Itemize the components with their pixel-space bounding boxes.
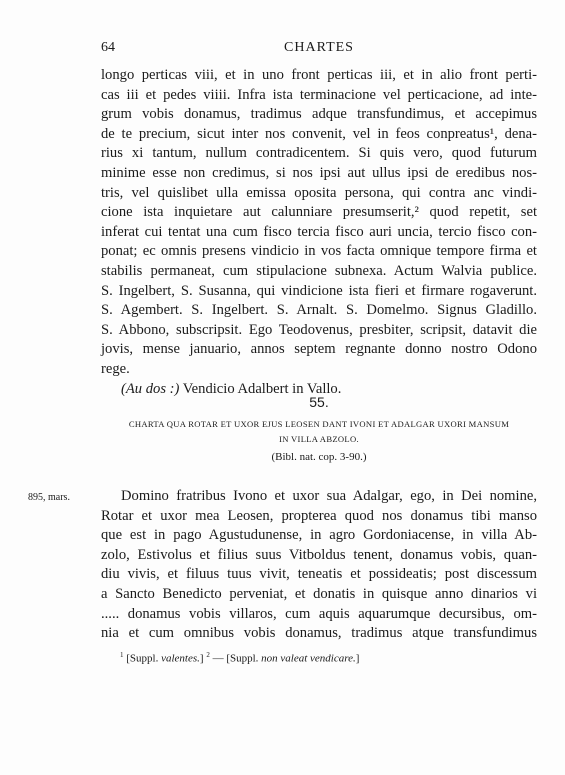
text-line: rius xi tantum, nullum contradicentem. S… [101, 144, 537, 164]
text-line: minime esse non credimus, si nos ipsi au… [101, 164, 537, 184]
text-line: grum vobis donamus, tradimus adque trans… [101, 105, 537, 125]
text-line: longo perticas viii, et in uno front per… [101, 66, 537, 86]
text-line: ponat; ec omnis presens vindicio in vos … [101, 242, 537, 262]
footnote-1-italic: valentes. [161, 653, 200, 665]
charter-55-body: Domino fratribus Ivono et uxor sua Adalg… [101, 487, 537, 644]
text-line: Rotar et uxor mea Leosen, propterea quod… [101, 507, 537, 527]
text-line: ..... donamus vobis villaros, cum aquis … [101, 605, 537, 625]
text-line: S. Abbono, subscripsit. Ego Teodovenus, … [101, 321, 537, 341]
footnote-1-prefix: [Suppl. [124, 653, 162, 665]
charter-caption-line-1: CHARTA QUA ROTAR ET UXOR EJUS LEOSEN DAN… [101, 419, 537, 429]
charter-source: (Bibl. nat. cop. 3-90.) [101, 451, 537, 463]
text-line: rege. [101, 360, 537, 380]
running-title: CHARTES [101, 40, 537, 56]
text-line: jovis, mense januario, annos septem regn… [101, 340, 537, 360]
text-line: cione ista inquietare aut calunniare pre… [101, 203, 537, 223]
text-line: Domino fratribus Ivono et uxor sua Adalg… [101, 487, 537, 507]
charter-caption-line-2: IN VILLA ABZOLO. [101, 434, 537, 444]
text-line: S. Ingelbert, S. Susanna, qui vindicione… [101, 282, 537, 302]
charter-number: 55. [101, 394, 537, 410]
text-line: diu vivis, et filuus tuus vivit, teneati… [101, 565, 537, 585]
text-line: nia et cum omnibus vobis donamus, tradim… [101, 624, 537, 644]
text-line: a Sancto Benedicto perveniat, et donatis… [101, 585, 537, 605]
footnotes: 1 [Suppl. valentes.] 2 — [Suppl. non val… [120, 651, 359, 665]
footnote-2-prefix: — [Suppl. [210, 653, 261, 665]
margin-date: 895, mars. [28, 492, 70, 503]
footnote-2-suffix: ] [356, 653, 360, 665]
text-line: S. Agembert. S. Ingelbert. S. Arnalt. S.… [101, 301, 537, 321]
footnote-2-italic: non valeat vendicare. [261, 653, 356, 665]
text-line: de te precium, sicut inter nos convenit,… [101, 125, 537, 145]
text-line: tris, vel quislibet ulla emissa oposita … [101, 184, 537, 204]
text-line: zolo, Estivolus et filius suus Vitboldus… [101, 546, 537, 566]
text-line: stabilis permaneat, cum stipulacione sub… [101, 262, 537, 282]
text-line: inferat cui tentat una cum fisco tercia … [101, 223, 537, 243]
running-header: 64 CHARTES [101, 40, 537, 60]
charter-54-continuation: longo perticas viii, et in uno front per… [101, 66, 537, 399]
text-line: que est in pago Agustudunense, in agro G… [101, 526, 537, 546]
document-page: 64 CHARTES longo perticas viii, et in un… [0, 0, 565, 775]
text-line: cas iii et pedes viiii. Infra ista termi… [101, 86, 537, 106]
